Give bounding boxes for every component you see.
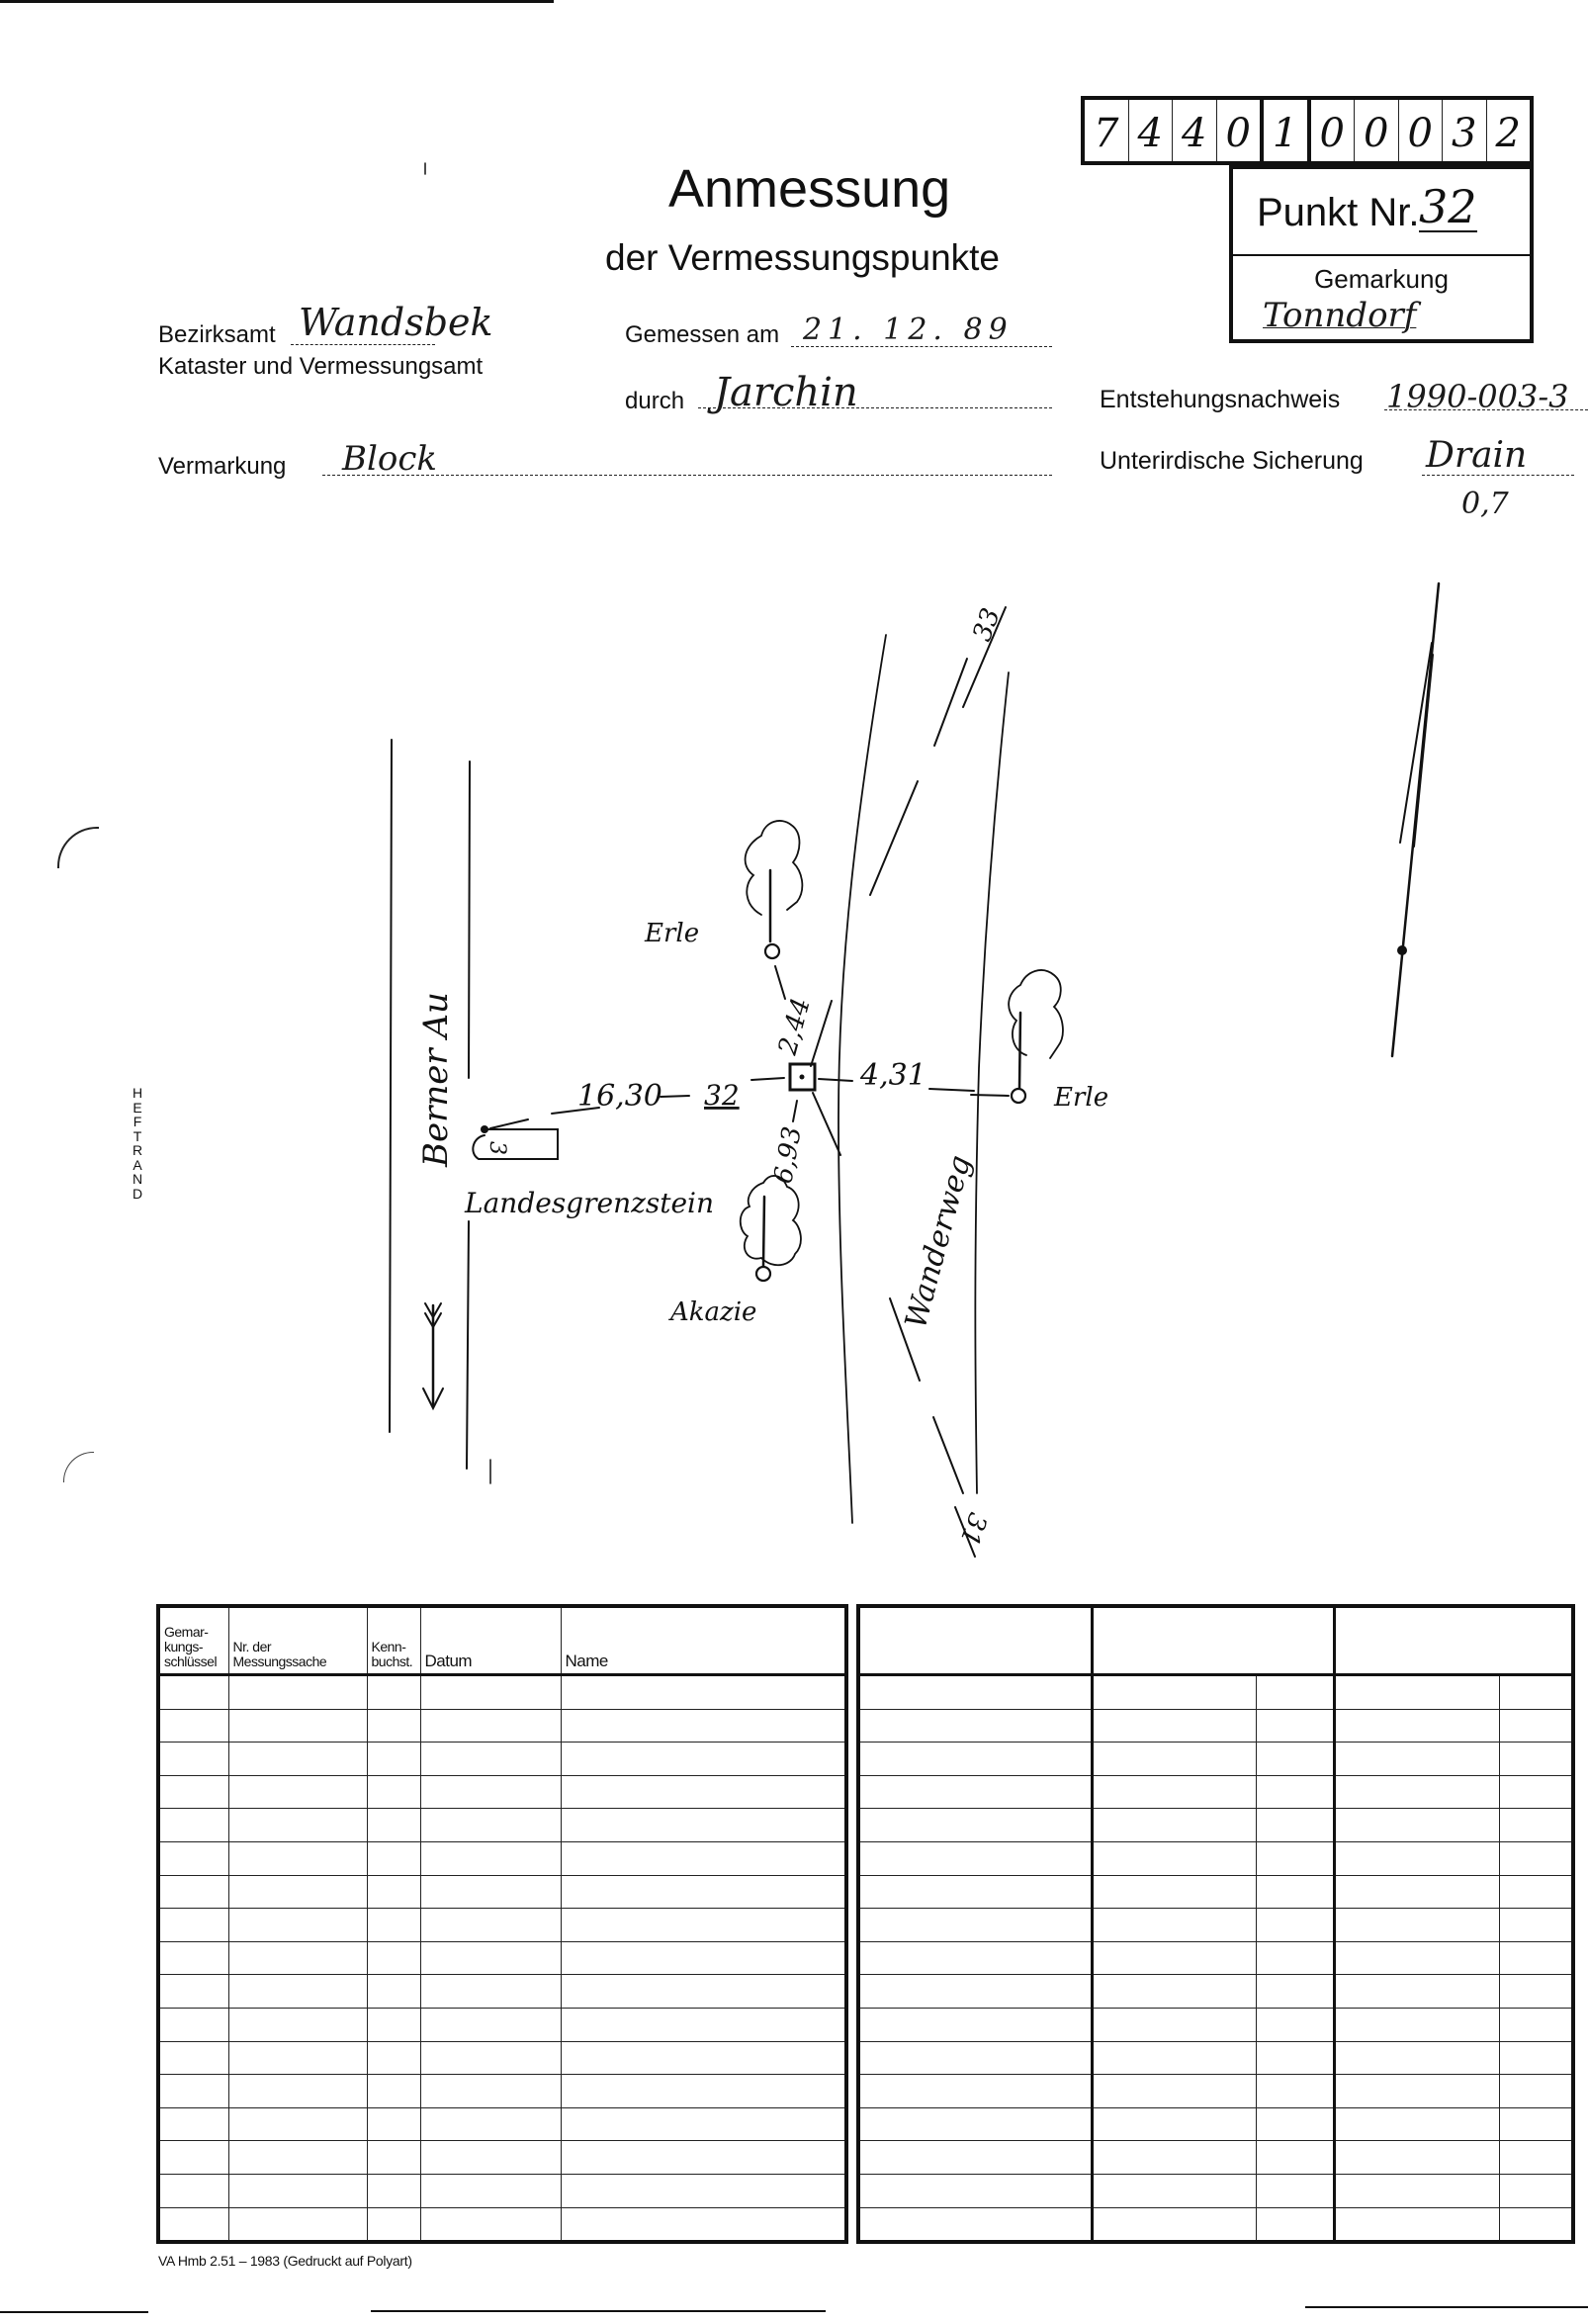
tree-south-crown (741, 1176, 801, 1265)
table-cell[interactable] (561, 2141, 846, 2175)
table-cell[interactable] (1499, 1675, 1573, 1710)
table-cell[interactable] (228, 2174, 367, 2207)
table-row (158, 1709, 846, 1743)
table-cell[interactable] (228, 1709, 367, 1743)
table-cell[interactable] (1256, 1743, 1334, 1776)
table-cell[interactable] (858, 1809, 1092, 1842)
table-cell[interactable] (1256, 1941, 1334, 1975)
table-cell[interactable] (1256, 1875, 1334, 1909)
table-cell[interactable] (561, 1809, 846, 1842)
table-cell[interactable] (1334, 1743, 1499, 1776)
path-edge-east (975, 672, 1009, 1493)
dist-line-north (775, 966, 785, 999)
table-cell[interactable] (1256, 1709, 1334, 1743)
table-cell[interactable] (1334, 1909, 1499, 1942)
table-row (158, 1675, 846, 1710)
table-cell[interactable] (1256, 1675, 1334, 1710)
tree-east-trunk (1019, 1013, 1020, 1088)
dist-line-west-2 (661, 1096, 689, 1097)
table-cell[interactable] (1092, 2174, 1256, 2207)
table-header-cell: Gemar- kungs- schlüssel (158, 1606, 228, 1675)
table-cell[interactable] (858, 1675, 1092, 1710)
table-cell[interactable] (420, 2107, 561, 2141)
table-cell[interactable] (158, 2075, 228, 2108)
table-cell[interactable] (367, 2141, 420, 2175)
table-cell[interactable] (1499, 2107, 1573, 2141)
table-cell[interactable] (158, 1709, 228, 1743)
table-cell[interactable] (1256, 2141, 1334, 2175)
table-cell[interactable] (420, 2141, 561, 2175)
tree-south-trunk (763, 1197, 764, 1266)
table-header-cell: Kenn- buchst. (367, 1606, 420, 1675)
table-cell[interactable] (158, 1809, 228, 1842)
table-cell[interactable] (858, 1941, 1092, 1975)
table-cell[interactable] (858, 1975, 1092, 2009)
table-cell[interactable] (1334, 2174, 1499, 2207)
table-cell[interactable] (1256, 2041, 1334, 2075)
table-cell[interactable] (158, 1675, 228, 1710)
table-cell[interactable] (1092, 1875, 1256, 1909)
tree-north-crown (746, 821, 803, 915)
table-cell[interactable] (158, 1775, 228, 1809)
table-header-cell: Datum (420, 1606, 561, 1675)
table-cell[interactable] (420, 1743, 561, 1776)
table-cell[interactable] (858, 2075, 1092, 2108)
table-cell[interactable] (367, 1775, 420, 1809)
boundary-stone-point (481, 1125, 488, 1133)
table-row (858, 2008, 1573, 2041)
table-row (158, 2174, 846, 2207)
survey-sketch: Berner Au Wanderweg 32 16,30 2,44 4,31 6… (0, 0, 1588, 1582)
table-cell[interactable] (228, 2107, 367, 2141)
dist-line-west-4 (490, 1119, 528, 1128)
table-cell[interactable] (1334, 1941, 1499, 1975)
dist-north-label: 2,44 (773, 995, 817, 1059)
table-cell[interactable] (1334, 1709, 1499, 1743)
table-cell[interactable] (228, 2141, 367, 2175)
table-cell[interactable] (420, 1909, 561, 1942)
dist-line-east-1 (819, 1079, 852, 1081)
boundary-stone-label: Landesgrenzstein (464, 1187, 714, 1219)
table-cell[interactable] (420, 2207, 561, 2242)
table-cell[interactable] (367, 2207, 420, 2242)
table-row (158, 2107, 846, 2141)
table-cell[interactable] (1499, 2008, 1573, 2041)
scan-edge-bottom-right (1305, 2306, 1588, 2308)
table-cell[interactable] (420, 2075, 561, 2108)
table-row (158, 2041, 846, 2075)
table-cell[interactable] (1499, 1975, 1573, 2009)
table-cell[interactable] (228, 1875, 367, 1909)
table-cell[interactable] (1499, 2041, 1573, 2075)
dist-east-label: 4,31 (859, 1058, 926, 1093)
tree-north-base (765, 944, 779, 958)
table-cell[interactable] (228, 2207, 367, 2242)
table-cell[interactable] (1334, 1875, 1499, 1909)
dist-line-east-2 (929, 1089, 974, 1091)
neighbor-north-label: 33 (967, 604, 1007, 645)
table-cell[interactable] (1334, 1841, 1499, 1875)
table-row (858, 2207, 1573, 2242)
table-row (158, 2008, 846, 2041)
table-row (158, 1875, 846, 1909)
table-cell[interactable] (1256, 2008, 1334, 2041)
street-edge-west (390, 740, 392, 1432)
table-cell[interactable] (858, 2207, 1092, 2242)
table-cell[interactable] (858, 2008, 1092, 2041)
table-cell[interactable] (420, 1975, 561, 2009)
table-cell[interactable] (858, 1743, 1092, 1776)
table-cell[interactable] (858, 2141, 1092, 2175)
table-cell[interactable] (158, 2008, 228, 2041)
dist-line-east-3 (971, 1095, 1009, 1096)
table-cell[interactable] (858, 1875, 1092, 1909)
line-to-31-a (813, 1093, 840, 1155)
table-cell[interactable] (420, 1875, 561, 1909)
table-cell[interactable] (420, 1775, 561, 1809)
table-cell[interactable] (367, 1841, 420, 1875)
table-row (158, 2141, 846, 2175)
table-cell[interactable] (561, 2008, 846, 2041)
table-cell[interactable] (367, 1675, 420, 1710)
table-row (858, 2075, 1573, 2108)
table-row (858, 2174, 1573, 2207)
table-cell[interactable] (158, 1841, 228, 1875)
table-cell[interactable] (420, 1709, 561, 1743)
table-cell[interactable] (158, 1875, 228, 1909)
table-cell[interactable] (158, 1975, 228, 2009)
table-cell[interactable] (1499, 1743, 1573, 1776)
table-cell[interactable] (420, 1841, 561, 1875)
table-row (858, 1841, 1573, 1875)
point-label: 32 (704, 1079, 740, 1112)
dist-line-south (793, 1101, 797, 1121)
table-cell[interactable] (1256, 1841, 1334, 1875)
table-cell[interactable] (1092, 2075, 1256, 2108)
table-cell[interactable] (1334, 2008, 1499, 2041)
table-cell[interactable] (1499, 2141, 1573, 2175)
table-cell[interactable] (1256, 1775, 1334, 1809)
table-row (158, 1941, 846, 1975)
table-row (858, 1743, 1573, 1776)
table-row (858, 2141, 1573, 2175)
table-cell[interactable] (367, 2008, 420, 2041)
table-cell[interactable] (1499, 1909, 1573, 1942)
tree-east-label: Erle (1053, 1083, 1108, 1113)
table-row (858, 1875, 1573, 1909)
line-to-33-b (934, 659, 967, 746)
table-cell[interactable] (1499, 2075, 1573, 2108)
table-cell[interactable] (420, 1941, 561, 1975)
table-cell[interactable] (367, 2075, 420, 2108)
table-cell[interactable] (561, 2207, 846, 2242)
table-header-cell (1092, 1606, 1334, 1675)
table-cell[interactable] (228, 1841, 367, 1875)
table-cell[interactable] (158, 1941, 228, 1975)
table-cell[interactable] (1092, 1775, 1256, 1809)
table-cell[interactable] (367, 1809, 420, 1842)
table-cell[interactable] (858, 2107, 1092, 2141)
table-row (158, 1841, 846, 1875)
table-cell[interactable] (228, 2041, 367, 2075)
table-cell[interactable] (1256, 1809, 1334, 1842)
table-row (158, 1909, 846, 1942)
form-footer: VA Hmb 2.51 – 1983 (Gedruckt auf Polyart… (158, 2253, 412, 2269)
table-row (858, 1941, 1573, 1975)
table-cell[interactable] (158, 2107, 228, 2141)
table-cell[interactable] (158, 2174, 228, 2207)
table-cell[interactable] (1334, 1675, 1499, 1710)
table-cell[interactable] (228, 1941, 367, 1975)
table-cell[interactable] (1092, 1709, 1256, 1743)
table-cell[interactable] (367, 2174, 420, 2207)
table-row (158, 1975, 846, 2009)
tree-south-label: Akazie (668, 1297, 756, 1327)
table-cell[interactable] (1499, 2174, 1573, 2207)
table-cell[interactable] (367, 1875, 420, 1909)
line-to-31-c (933, 1417, 963, 1493)
table-cell[interactable] (858, 1841, 1092, 1875)
street-edge-east-upper (469, 761, 470, 1078)
table-cell[interactable] (1256, 2174, 1334, 2207)
table-cell[interactable] (367, 1743, 420, 1776)
table-cell[interactable] (1092, 1941, 1256, 1975)
table-cell[interactable] (1092, 1975, 1256, 2009)
north-arrow-dot (1397, 945, 1407, 955)
table-cell[interactable] (367, 2041, 420, 2075)
table-cell[interactable] (1256, 1975, 1334, 2009)
table-cell[interactable] (561, 1841, 846, 1875)
path-label: Wanderweg (899, 1152, 978, 1332)
scan-edge-bottom-mid (371, 2310, 826, 2312)
table-cell[interactable] (1092, 2008, 1256, 2041)
table-cell[interactable] (367, 1941, 420, 1975)
dist-south-label: 6,93 (768, 1124, 808, 1186)
north-arrow-main (1392, 583, 1439, 1056)
table-cell[interactable] (1334, 1809, 1499, 1842)
table-cell[interactable] (1334, 2207, 1499, 2242)
table-cell[interactable] (420, 2008, 561, 2041)
table-cell[interactable] (561, 2174, 846, 2207)
table-cell[interactable] (1499, 1875, 1573, 1909)
table-cell[interactable] (1256, 2207, 1334, 2242)
table-header-cell: Nr. der Messungssache (228, 1606, 367, 1675)
table-cell[interactable] (1256, 2075, 1334, 2108)
table-cell[interactable] (858, 1909, 1092, 1942)
table-cell[interactable] (1092, 2041, 1256, 2075)
table-cell[interactable] (228, 1975, 367, 2009)
measurement-register-table-left: Gemar- kungs- schlüsselNr. der Messungss… (156, 1604, 848, 2244)
table-cell[interactable] (1334, 2075, 1499, 2108)
dist-west-label: 16,30 (577, 1079, 662, 1114)
table-cell[interactable] (420, 2174, 561, 2207)
table-cell[interactable] (367, 1975, 420, 2009)
table-cell[interactable] (1499, 2207, 1573, 2242)
table-cell[interactable] (1092, 2141, 1256, 2175)
table-row (858, 1775, 1573, 1809)
table-cell[interactable] (367, 1909, 420, 1942)
table-cell[interactable] (1499, 1941, 1573, 1975)
table-row (158, 1809, 846, 1842)
table-cell[interactable] (858, 1709, 1092, 1743)
tree-east-crown (1009, 970, 1063, 1058)
table-cell[interactable] (1499, 1809, 1573, 1842)
table-cell[interactable] (1092, 1809, 1256, 1842)
table-row (858, 1909, 1573, 1942)
measurement-register-table-right (856, 1604, 1575, 2244)
table-cell[interactable] (1499, 1775, 1573, 1809)
north-arrow-ray-2 (1414, 655, 1433, 847)
table-cell[interactable] (561, 1875, 846, 1909)
table-cell[interactable] (1499, 1709, 1573, 1743)
table-cell[interactable] (228, 1909, 367, 1942)
table-cell[interactable] (1334, 2041, 1499, 2075)
table-cell[interactable] (1092, 2207, 1256, 2242)
table-cell[interactable] (561, 1709, 846, 1743)
table-cell[interactable] (1256, 1909, 1334, 1942)
table-row (158, 1775, 846, 1809)
table-cell[interactable] (228, 1809, 367, 1842)
table-row (858, 1809, 1573, 1842)
table-cell[interactable] (1334, 1975, 1499, 2009)
dist-line-west-1 (751, 1078, 784, 1080)
table-cell[interactable] (228, 1675, 367, 1710)
table-cell[interactable] (561, 1743, 846, 1776)
table-header-cell (1334, 1606, 1573, 1675)
table-cell[interactable] (561, 1975, 846, 2009)
table-cell[interactable] (858, 2174, 1092, 2207)
line-to-33-c (870, 781, 918, 895)
table-cell[interactable] (228, 1743, 367, 1776)
table-cell[interactable] (1092, 1675, 1256, 1710)
table-cell[interactable] (1334, 2141, 1499, 2175)
table-cell[interactable] (561, 1909, 846, 1942)
table-cell[interactable] (228, 1775, 367, 1809)
table-cell[interactable] (158, 2141, 228, 2175)
table-cell[interactable] (420, 1675, 561, 1710)
table-cell[interactable] (561, 2107, 846, 2141)
table-row (158, 2075, 846, 2108)
table-row (158, 2207, 846, 2242)
table-row (858, 1675, 1573, 1710)
tree-north-label: Erle (644, 919, 699, 948)
table-cell[interactable] (858, 1775, 1092, 1809)
table-cell[interactable] (158, 1909, 228, 1942)
table-cell[interactable] (561, 1941, 846, 1975)
table-cell[interactable] (367, 2107, 420, 2141)
tree-south-base (756, 1267, 770, 1281)
street-label: Berner Au (416, 992, 456, 1168)
tree-east-base (1012, 1089, 1025, 1103)
table-cell[interactable] (1092, 1841, 1256, 1875)
table-cell[interactable] (1092, 1743, 1256, 1776)
street-edge-east-lower (467, 1221, 469, 1469)
table-cell[interactable] (1256, 2107, 1334, 2141)
table-row (158, 1743, 846, 1776)
table-cell[interactable] (858, 2041, 1092, 2075)
table-cell[interactable] (1092, 1909, 1256, 1942)
table-cell[interactable] (158, 2041, 228, 2075)
boundary-stone-number: 3 (485, 1141, 509, 1155)
table-cell[interactable] (228, 2075, 367, 2108)
table-row (858, 2107, 1573, 2141)
table-cell[interactable] (367, 1709, 420, 1743)
table-cell[interactable] (561, 2075, 846, 2108)
table-cell[interactable] (420, 1809, 561, 1842)
table-cell[interactable] (228, 2008, 367, 2041)
table-cell[interactable] (1499, 1841, 1573, 1875)
table-cell[interactable] (561, 1775, 846, 1809)
table-row (858, 2041, 1573, 2075)
table-cell[interactable] (561, 2041, 846, 2075)
table-row (858, 1975, 1573, 2009)
table-cell[interactable] (158, 1743, 228, 1776)
table-cell[interactable] (158, 2207, 228, 2242)
table-header-cell: Name (561, 1606, 846, 1675)
table-cell[interactable] (420, 2041, 561, 2075)
table-header-cell (858, 1606, 1092, 1675)
table-cell[interactable] (561, 1675, 846, 1710)
table-row (858, 1709, 1573, 1743)
table-cell[interactable] (1092, 2107, 1256, 2141)
scan-edge-bottom-left (0, 2311, 148, 2313)
table-cell[interactable] (1334, 2107, 1499, 2141)
table-cell[interactable] (1334, 1775, 1499, 1809)
